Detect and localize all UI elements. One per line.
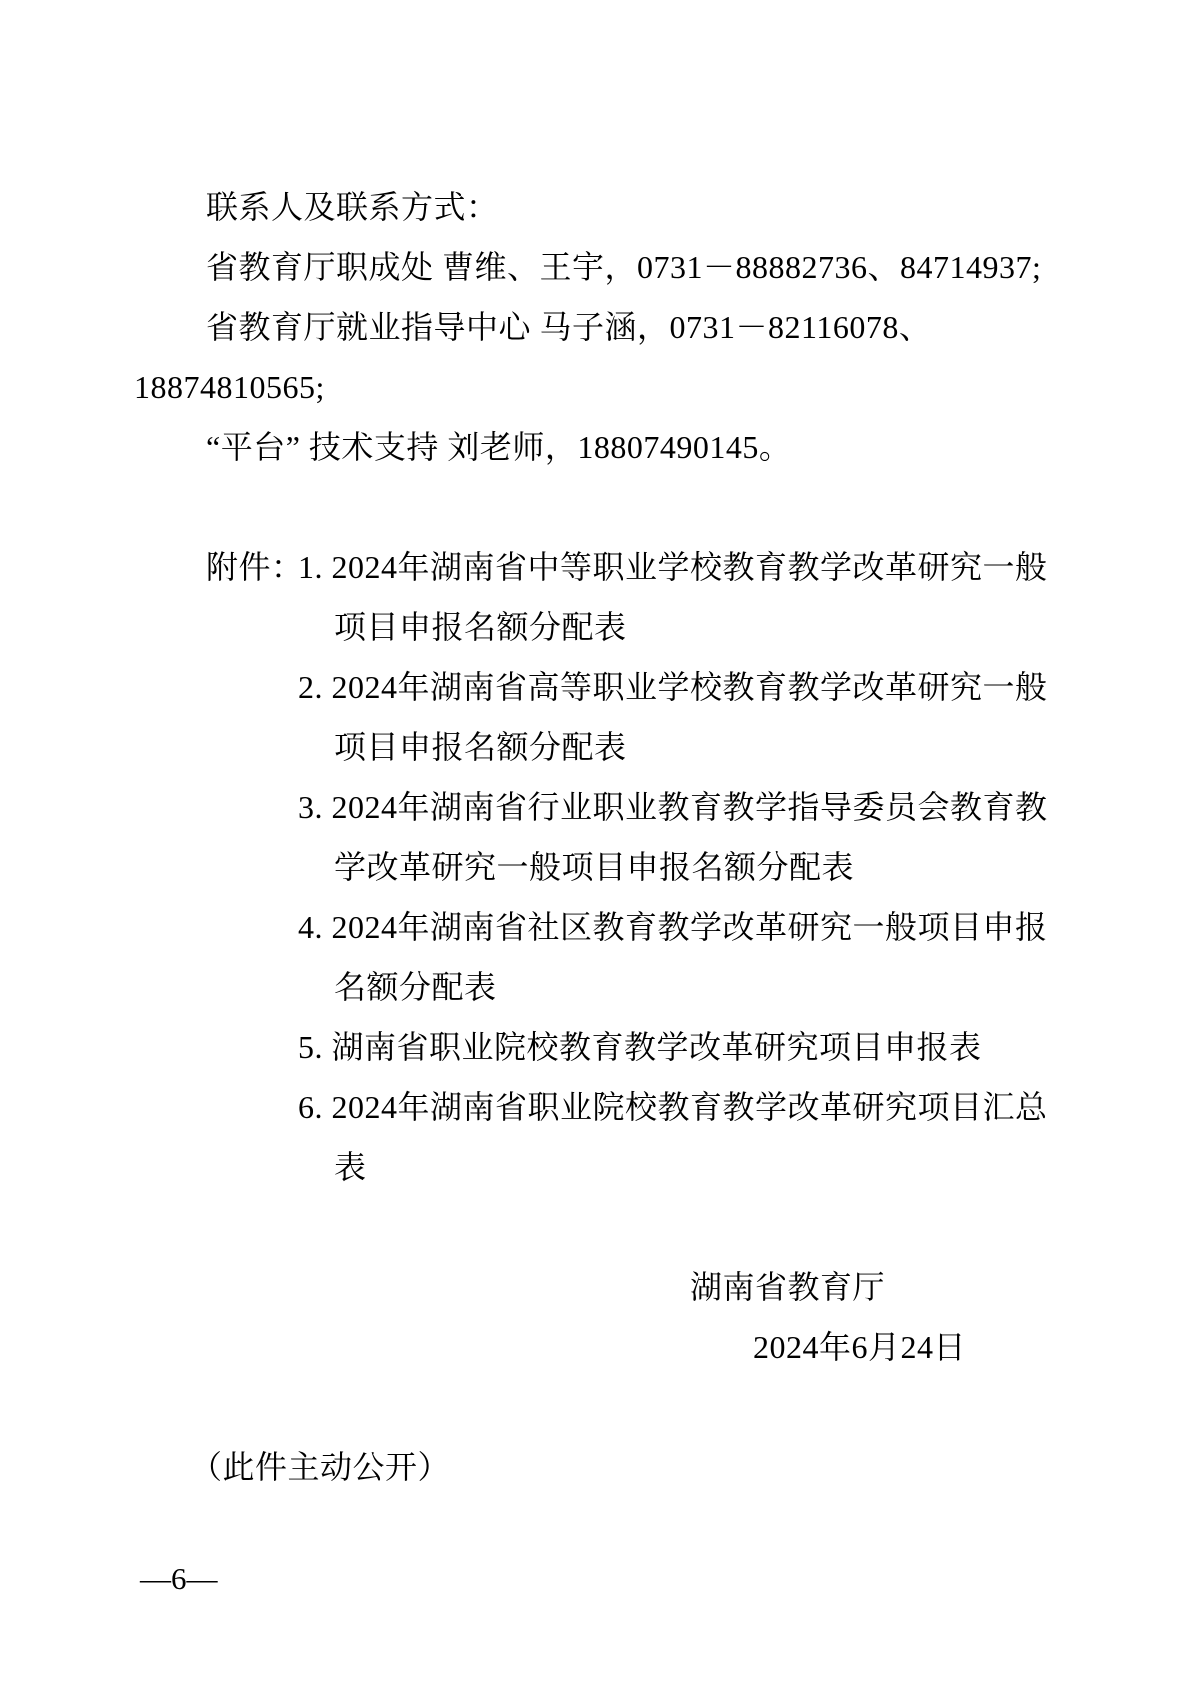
issue-date: 2024年6月24日: [753, 1317, 966, 1377]
page-number: —6—: [140, 1549, 218, 1609]
attachment-line-1: 1. 2024年湖南省中等职业学校教育教学改革研究一般: [298, 537, 1048, 597]
attachment-line-6: 6. 2024年湖南省职业院校教育教学改革研究项目汇总: [298, 1077, 1048, 1137]
attachment-line-2-continuation: 项目申报名额分配表: [334, 717, 627, 777]
attachment-line-6-continuation: 表: [334, 1137, 367, 1197]
contact-heading: 联系人及联系方式：: [206, 177, 499, 237]
contact-line-office2-continuation: 18874810565;: [134, 357, 325, 417]
contact-line-platform-support: “平台” 技术支持 刘老师，18807490145。: [206, 417, 791, 477]
issuer-name: 湖南省教育厅: [690, 1257, 885, 1317]
attachment-line-4-continuation: 名额分配表: [334, 957, 497, 1017]
attachment-line-2: 2. 2024年湖南省高等职业学校教育教学改革研究一般: [298, 657, 1048, 717]
contact-line-office1: 省教育厅职成处 曹维、王宇，0731－88882736、84714937;: [206, 237, 1041, 297]
attachment-line-4: 4. 2024年湖南省社区教育教学改革研究一般项目申报: [298, 897, 1048, 957]
document-page: 联系人及联系方式： 省教育厅职成处 曹维、王宇，0731－88882736、84…: [0, 0, 1191, 1684]
attachment-line-5: 5. 湖南省职业院校教育教学改革研究项目申报表: [298, 1017, 982, 1077]
attachment-line-3-continuation: 学改革研究一般项目申报名额分配表: [334, 837, 854, 897]
attachments-label: 附件：: [206, 537, 304, 597]
attachment-line-1-continuation: 项目申报名额分配表: [334, 597, 627, 657]
disclosure-note: （此件主动公开）: [190, 1437, 450, 1497]
attachment-line-3: 3. 2024年湖南省行业职业教育教学指导委员会教育教: [298, 777, 1048, 837]
contact-line-office2: 省教育厅就业指导中心 马子涵，0731－82116078、: [206, 297, 931, 357]
